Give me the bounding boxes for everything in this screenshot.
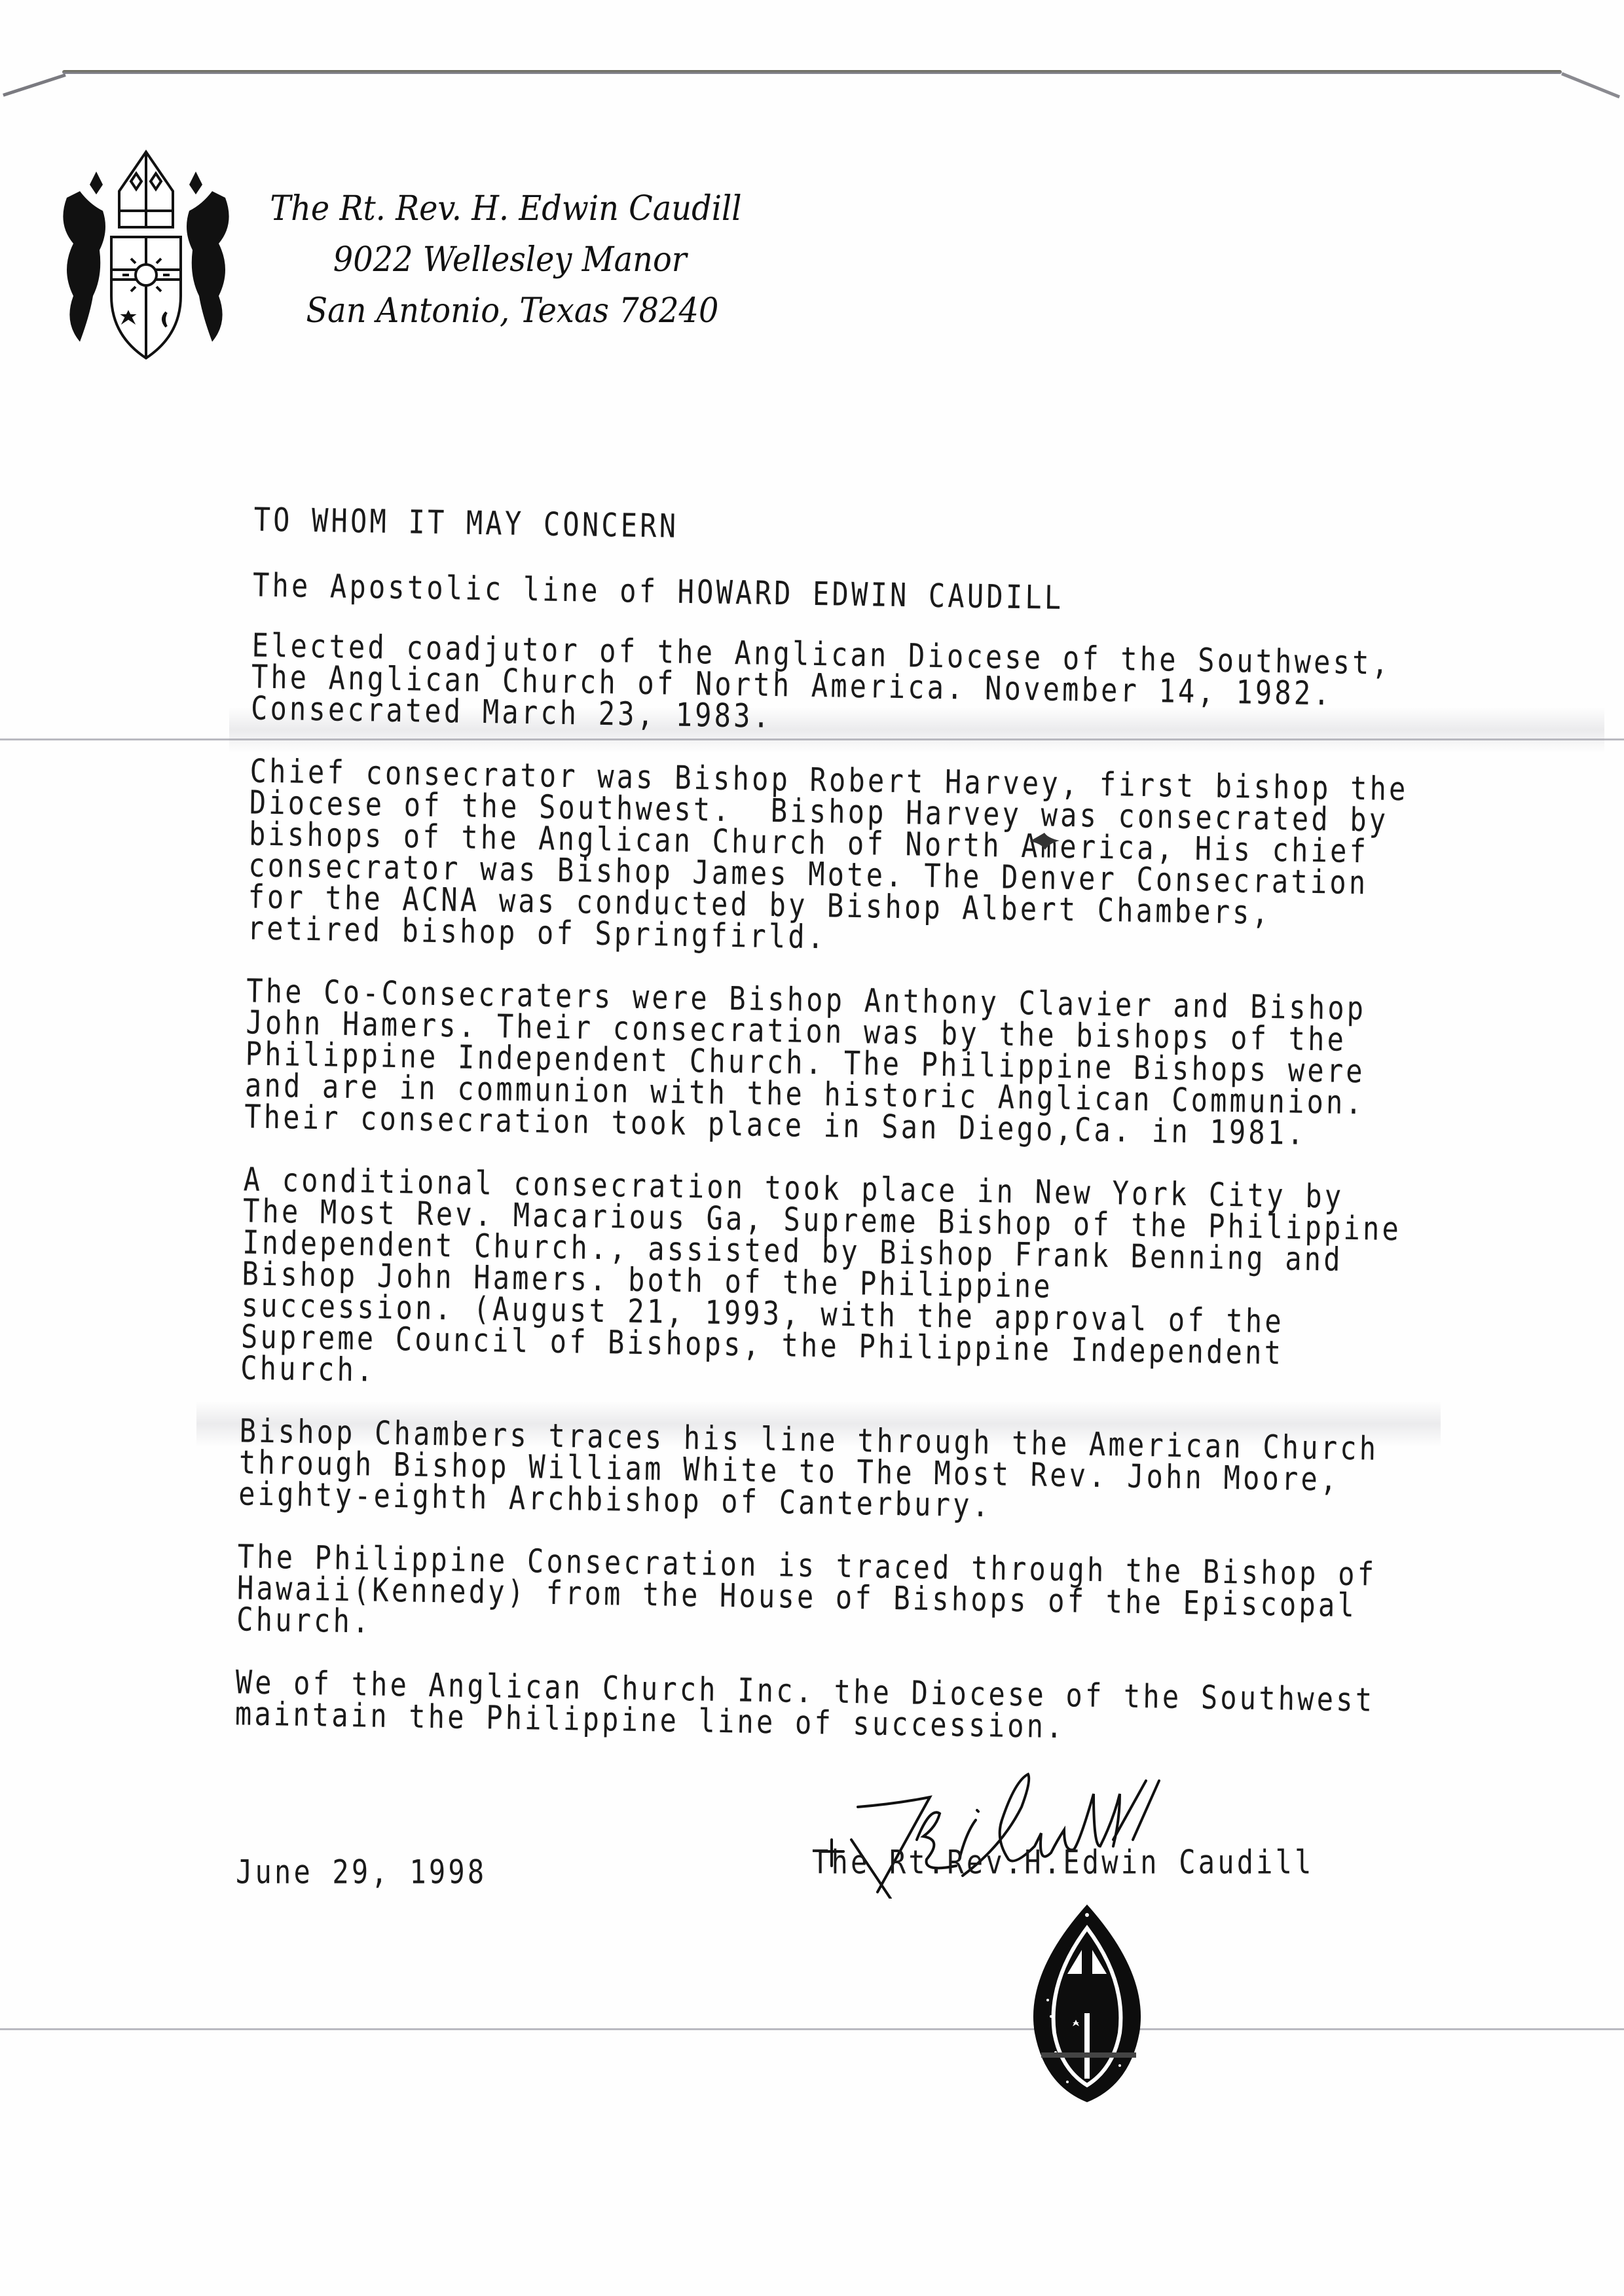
paragraph: The Co-Consecraters were Bishop Anthony … (244, 975, 1524, 1153)
subject-line: The Apostolic line of HOWARD EDWIN CAUDI… (253, 567, 1530, 624)
letter-page: The Rt. Rev. H. Edwin Caudill 9022 Welle… (0, 0, 1624, 2296)
typed-signature-name: The Rt.Rev.H.Edwin Caudill (812, 1844, 1314, 1882)
paragraph: Elected coadjutor of the Anglican Dioces… (251, 630, 1529, 744)
paper-top-edge (62, 70, 1562, 74)
paragraphs: Elected coadjutor of the Anglican Dioces… (235, 630, 1529, 1749)
episcopal-seal-icon (1022, 1902, 1153, 2105)
paper-corner-right (1561, 72, 1620, 98)
paragraph: Bishop Chambers traces his line through … (238, 1415, 1517, 1530)
coat-of-arms-icon (54, 145, 238, 361)
paragraph: The Philippine Consecration is traced th… (236, 1541, 1515, 1656)
letterhead-street: 9022 Wellesley Manor (249, 234, 791, 285)
fold-line (0, 2028, 1624, 2030)
paragraph: Chief consecrator was Bishop Robert Harv… (247, 756, 1526, 964)
paper-corner-left (3, 73, 66, 97)
letterhead-name: The Rt. Rev. H. Edwin Caudill (249, 183, 791, 234)
salutation: TO WHOM IT MAY CONCERN (253, 501, 1531, 558)
letterhead-city: San Antonio, Texas 78240 (249, 285, 791, 337)
letterhead: The Rt. Rev. H. Edwin Caudill 9022 Welle… (249, 183, 838, 337)
ink-blot (1028, 831, 1061, 851)
paragraph: A conditional consecration took place in… (240, 1164, 1521, 1404)
letter-date: June 29, 1998 (236, 1853, 487, 1891)
letter-body: TO WHOM IT MAY CONCERN The Apostolic lin… (234, 504, 1531, 1781)
paragraph: We of the Anglican Church Inc. the Dioce… (235, 1667, 1513, 1750)
signature-block: The Rt.Rev.H.Edwin Caudill (805, 1768, 1395, 1899)
